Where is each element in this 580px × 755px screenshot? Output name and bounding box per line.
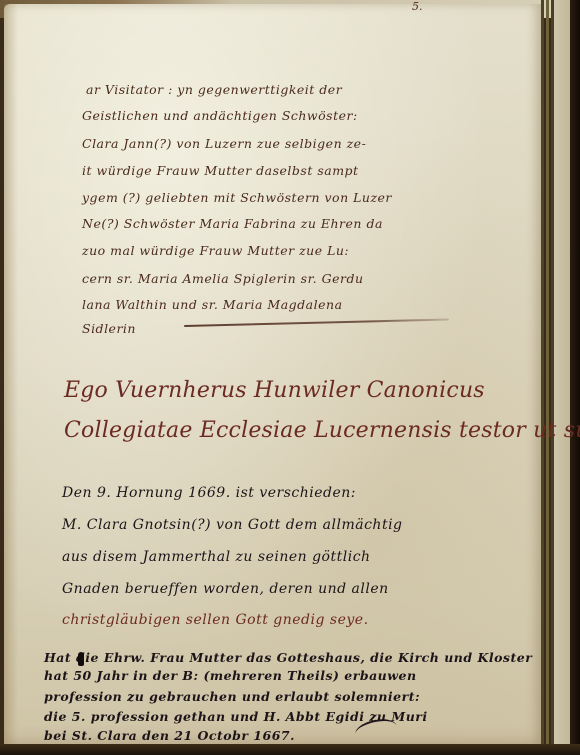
text-line: Geistlichen und andächtigen Schwöster: (82, 108, 358, 123)
text-line: Sidlerin (82, 321, 136, 336)
text-line: Ne(?) Schwöster Maria Fabrina zu Ehren d… (82, 216, 383, 231)
text-line: it würdige Frauw Mutter daselbst sampt (82, 163, 359, 178)
text-line: profession zu gebrauchen und erlaubt sol… (44, 689, 420, 704)
text-line: Collegiatae Ecclesiae Lucernensis testor… (64, 418, 580, 443)
text-line: M. Clara Gnotsin(?) von Gott dem allmäch… (62, 517, 403, 533)
page-stack-edge (541, 0, 544, 755)
text-line: zuo mal würdige Frauw Mutter zue Lu: (82, 243, 349, 258)
text-line: Den 9. Hornung 1669. ist verschieden: (62, 485, 356, 501)
page-stack-edge (546, 0, 549, 755)
book-shadow (570, 0, 580, 755)
text-line: Hat die Ehrw. Frau Mutter das Gotteshaus… (44, 650, 532, 665)
book-shadow-bottom (0, 744, 580, 755)
text-line: aus disem Jammerthal zu seinen göttlich (62, 549, 371, 565)
text-line: Ego Vuernherus Hunwiler Canonicus (64, 378, 485, 403)
text-line: christgläubigen sellen Gott gnedig seye. (62, 612, 369, 628)
text-line: lana Walthin und sr. Maria Magdalena (82, 297, 343, 312)
text-line: Gnaden berueffen worden, deren und allen (62, 581, 389, 597)
text-line: cern sr. Maria Amelia Spiglerin sr. Gerd… (82, 271, 364, 286)
page-number: 5. (412, 0, 423, 13)
manuscript-photo: 5. ar Visitator : yn gegenwerttigkeit de… (0, 0, 580, 755)
ink-blot (78, 652, 84, 666)
text-line: Clara Jann(?) von Luzern zue selbigen ze… (82, 136, 366, 151)
text-line: ygem (?) geliebten mit Schwöstern von Lu… (82, 190, 392, 205)
text-line: bei St. Clara den 21 Octobr 1667. (44, 728, 295, 743)
text-line: ar Visitator : yn gegenwerttigkeit der (86, 82, 342, 97)
text-line: hat 50 Jahr in der B: (mehreren Theils) … (44, 668, 417, 683)
